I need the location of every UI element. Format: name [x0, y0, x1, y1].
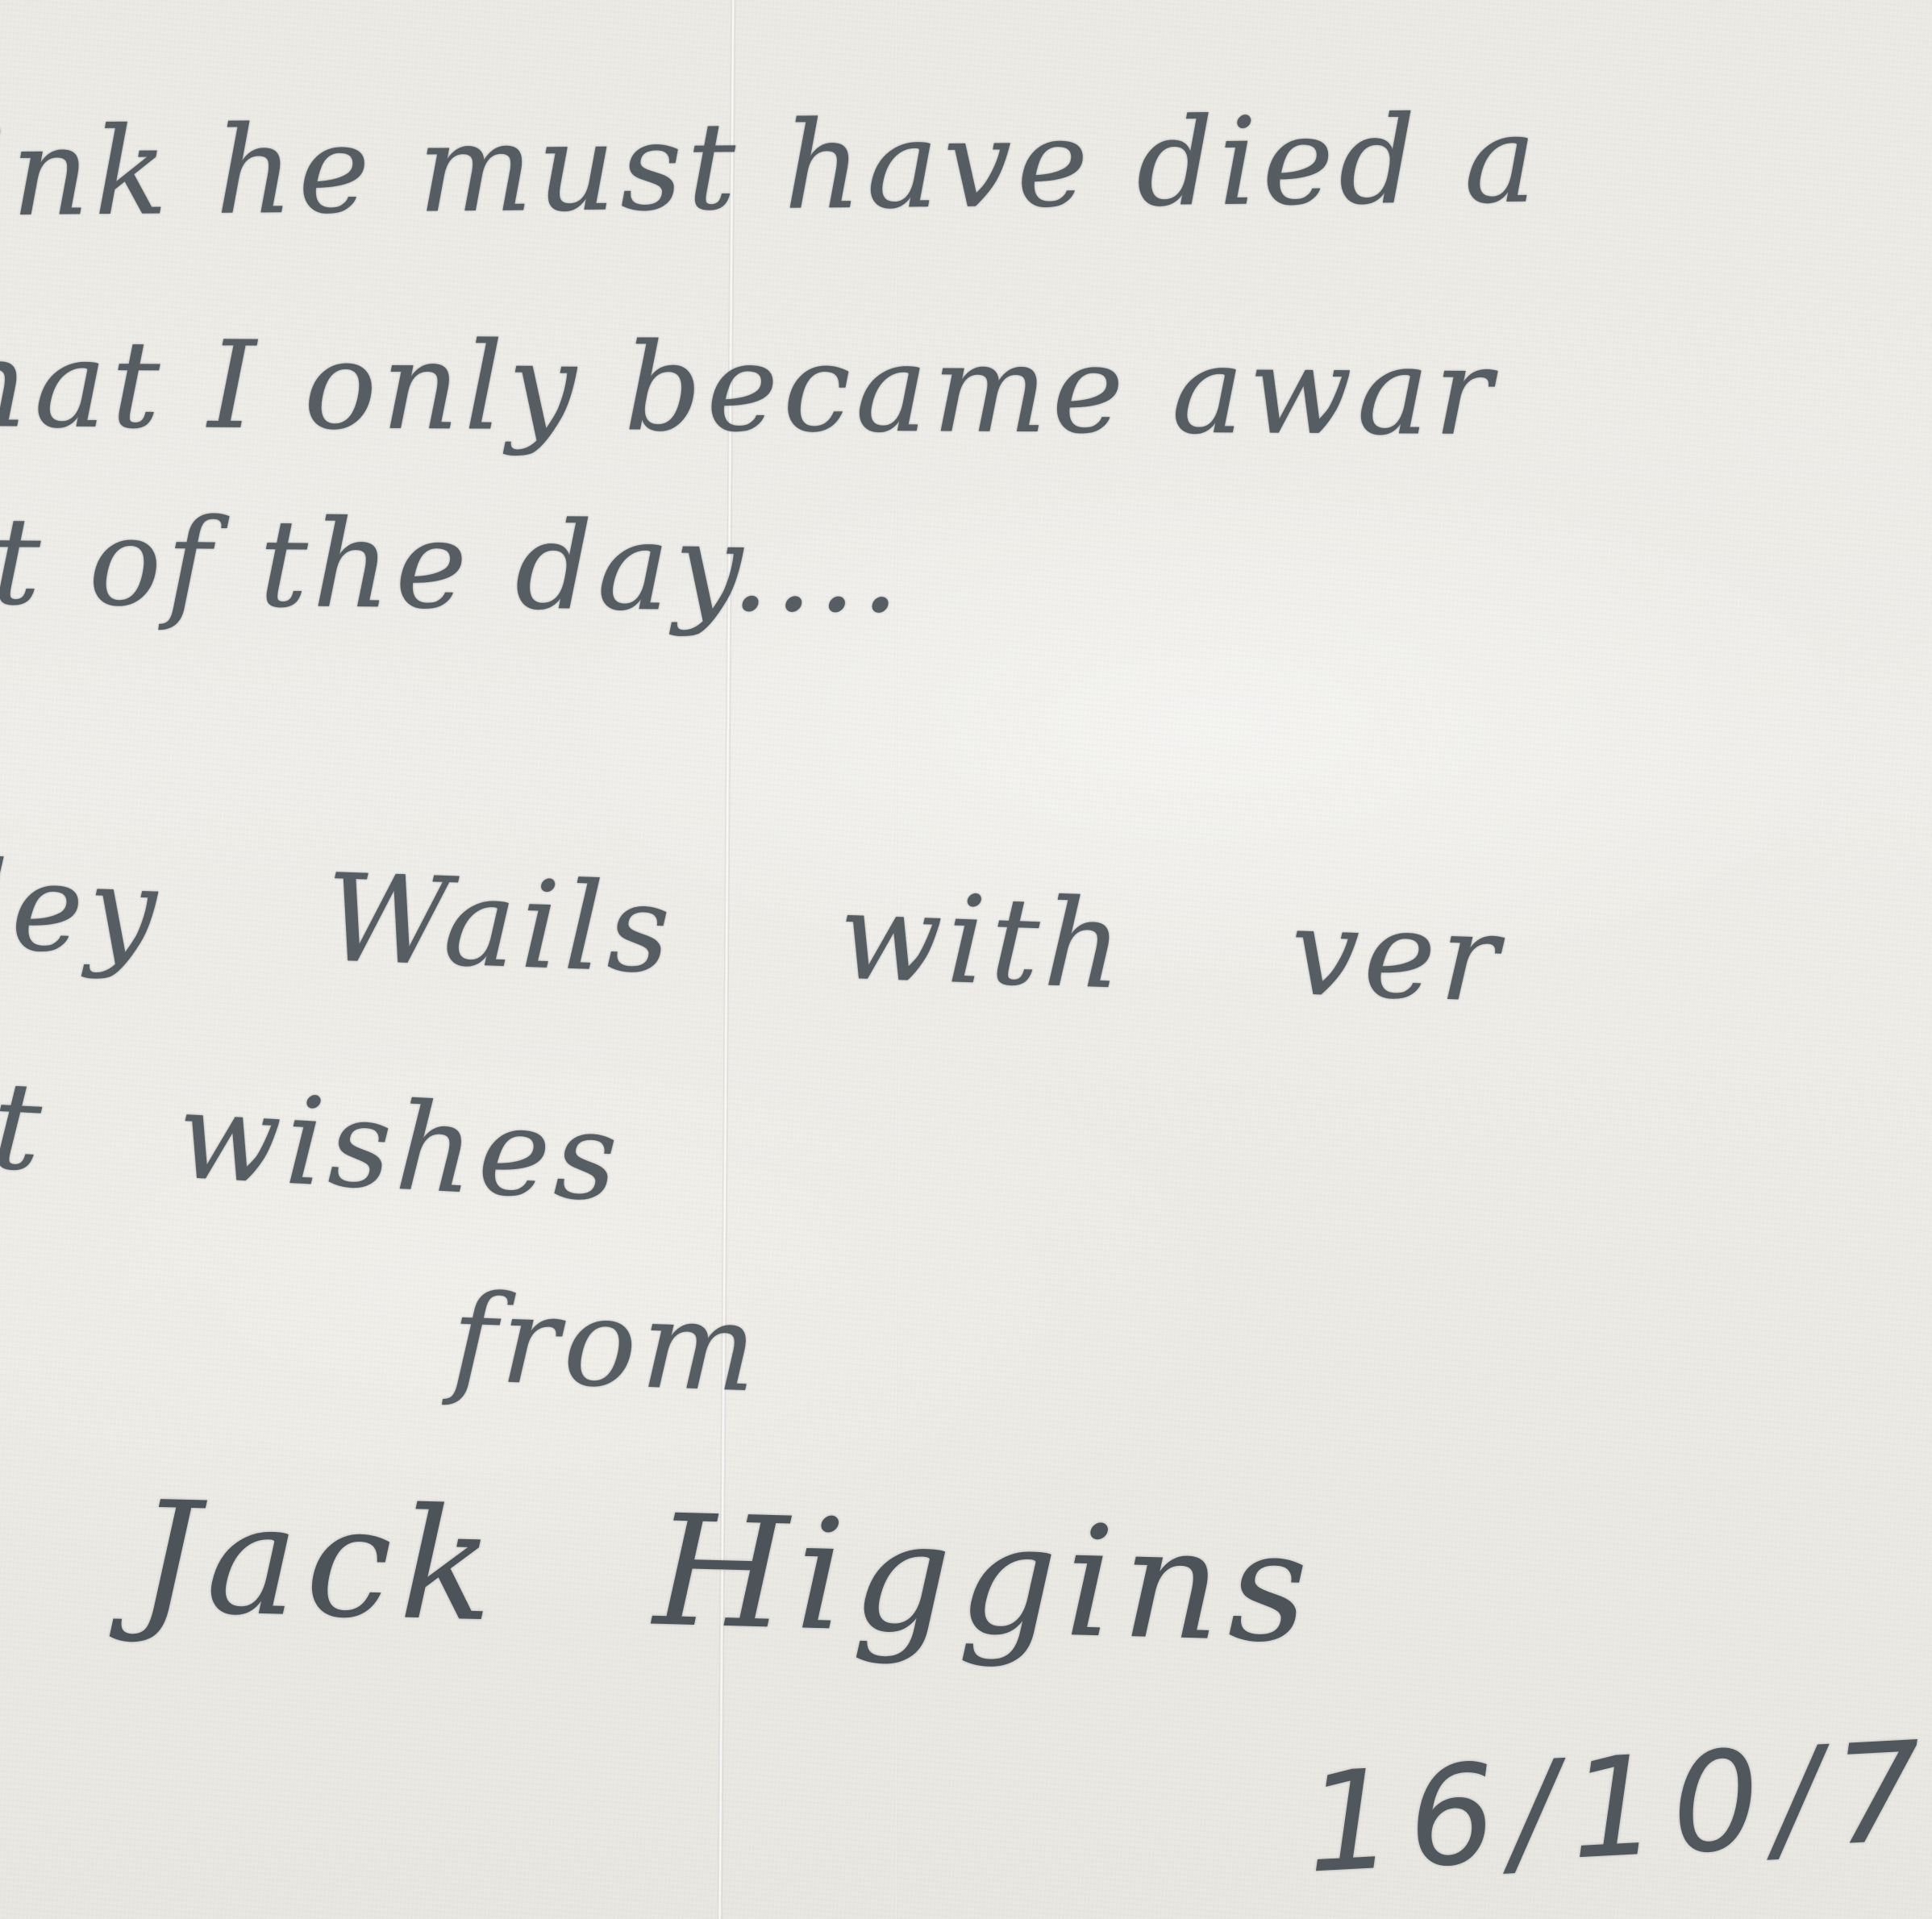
- letter-line-3: t of the day....: [0, 492, 906, 640]
- letter-line-1: ink he must have died a: [0, 89, 1542, 244]
- signature: Jack Higgins: [135, 1468, 1318, 1677]
- letter-line-4: ley Wails with ver: [0, 836, 1505, 1030]
- letter-line-2: hat I only became awar: [0, 314, 1497, 463]
- letter-paper: ink he must have died a hat I only becam…: [0, 0, 1932, 1919]
- letter-closing-from: from: [449, 1268, 764, 1419]
- letter-date: 16/10/70: [1302, 1706, 1932, 1904]
- letter-line-5: t wishes: [0, 1056, 626, 1230]
